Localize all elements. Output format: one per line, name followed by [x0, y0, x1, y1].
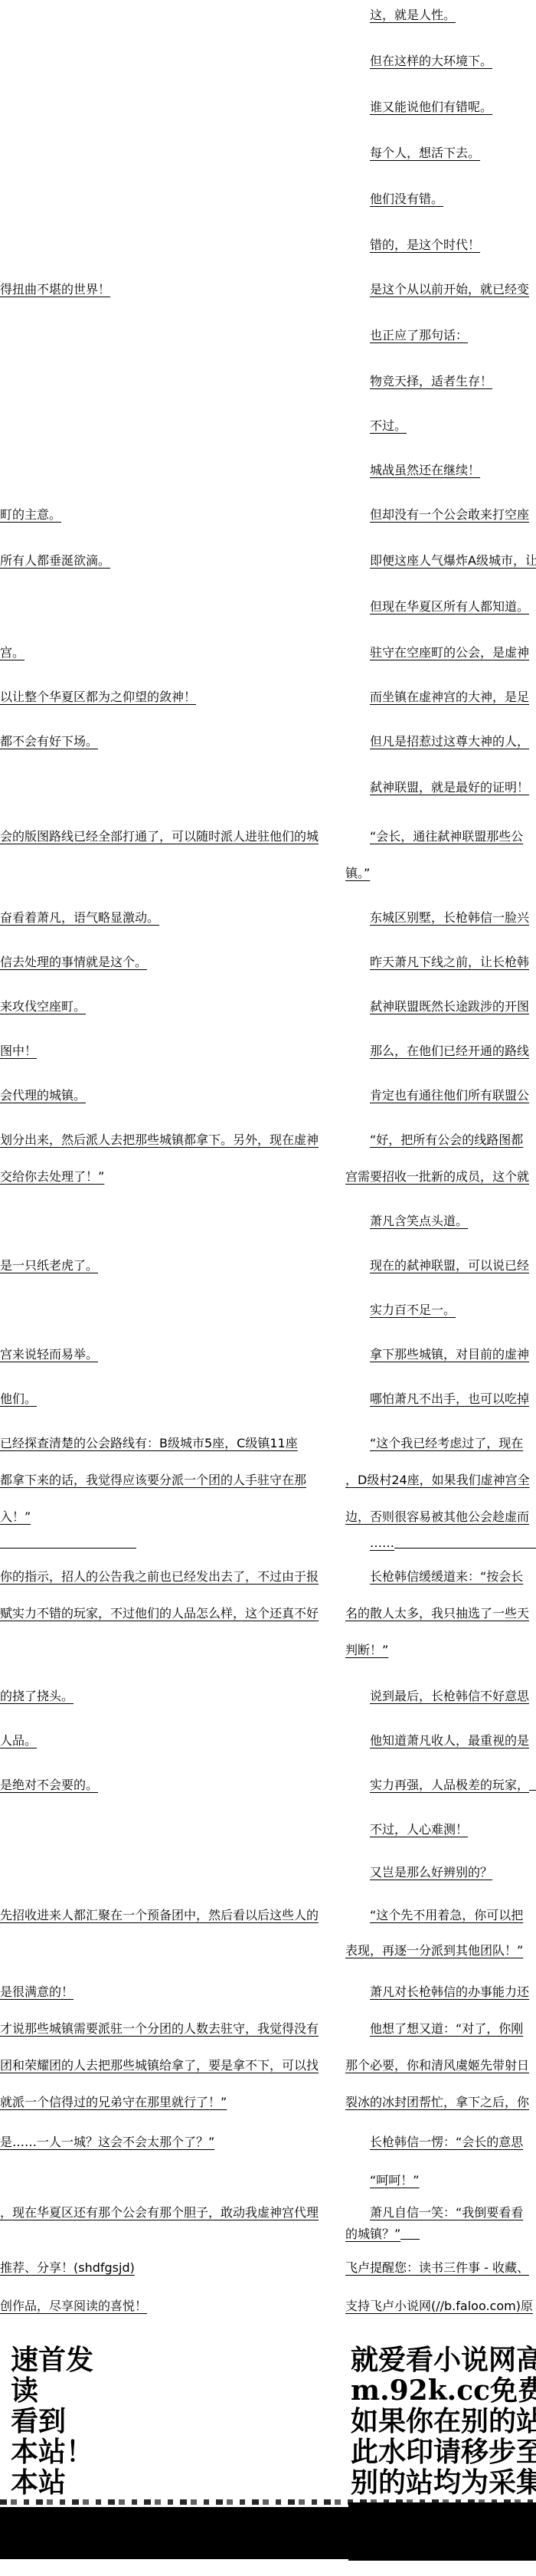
line-start-fragment: “会长，通往弑神联盟那些公 — [370, 829, 523, 844]
line-tail-fragment: 所有人都垂涎欲滴。 — [0, 553, 110, 569]
novel-text-line: 是……一人一城？这会不会太那个了？”长枪韩信一愣：“会长的意思 — [0, 2135, 536, 2153]
line-start-text: 是这个从以前开始，就已经变 — [370, 282, 529, 297]
novel-text-line: 他们。哪怕萧凡不出手，也可以吃掉 — [0, 1391, 536, 1410]
line-start-fragment: 即便这座人气爆炸A级城市，让 — [370, 553, 536, 569]
line-start-text: 飞卢提醒您：读书三件事 - 收藏、 — [345, 2260, 529, 2275]
line-tail-fragment: 就派一个信得过的兄弟守在那里就行了！” — [0, 2095, 227, 2110]
underline-pad — [400, 2228, 420, 2240]
line-start-fragment: 他们没有错。 — [370, 192, 443, 207]
line-tail-fragment: 是……一人一城？这会不会太那个了？” — [0, 2135, 214, 2150]
line-start-text: “好，把所有公会的线路图都 — [370, 1132, 523, 1147]
line-start-text: 萧凡自信一笑：“我倒要看看 — [370, 2205, 523, 2220]
novel-text-line: 的挠了挠头。说到最后，长枪韩信不好意思 — [0, 1689, 536, 1707]
novel-text-line: ，现在华夏区还有那个公会有那个胆子，敢动我虚神宫代理萧凡自信一笑：“我倒要看看 — [0, 2205, 536, 2224]
line-tail-fragment: 人品。 — [0, 1733, 37, 1748]
watermark-tail-fragment: 本站！ — [11, 2437, 93, 2467]
line-start-fragment: 飞卢提醒您：读书三件事 - 收藏、 — [345, 2260, 529, 2276]
novel-text-line: 以让整个华夏区都为之仰望的敛神！而坐镇在虚神宫的大神，是足 — [0, 690, 536, 708]
line-tail-fragment: 奋看着萧凡，语气略显激动。 — [0, 910, 159, 926]
novel-text-line: 不过。 — [0, 418, 536, 437]
novel-text-line: 划分出来，然后派人去把那些城镇都拿下。另外，现在虚神“好，把所有公会的线路图都 — [0, 1132, 536, 1151]
line-start-text: 驻守在空座町的公会，是虚神 — [370, 645, 529, 660]
line-start-fragment: 支持飞卢小说网(//b.faloo.com)原 — [345, 2299, 533, 2314]
line-tail-fragment: 的挠了挠头。 — [0, 1689, 74, 1704]
line-start-text: 长枪韩信缓缓道来：“按会长 — [370, 1569, 523, 1584]
novel-text-line: 町的主意。但却没有一个公会敢来打空座 — [0, 507, 536, 526]
novel-text-line: 弑神联盟，就是最好的证明！ — [0, 780, 536, 798]
line-start-text: 镇。” — [345, 866, 370, 880]
novel-text-line: 就派一个信得过的兄弟守在那里就行了！”裂冰的冰封团帮忙，拿下之后，你 — [0, 2095, 536, 2113]
line-start-fragment: 镇。” — [345, 866, 370, 881]
line-start-fragment: 萧凡对长枪韩信的办事能力还 — [370, 1984, 529, 2000]
line-tail-fragment: 团和荣耀团的人去把那些城镇给拿了，要是拿不下，可以找 — [0, 2058, 319, 2073]
line-start-fragment: ，D级村24座，如果我们虚神宫全 — [345, 1473, 530, 1488]
novel-text-line: 但现在华夏区所有人都知道。 — [0, 599, 536, 618]
line-start-text: 长枪韩信一愣：“会长的意思 — [370, 2135, 523, 2149]
novel-text-line: 也正应了那句话： — [0, 328, 536, 346]
line-start-fragment: 那个必要，你和清风虞姬先带射日 — [345, 2058, 529, 2073]
line-tail-fragment: 划分出来，然后派人去把那些城镇都拿下。另外，现在虚神 — [0, 1132, 319, 1148]
line-start-fragment: 表现，再逐一分派到其他团队！” — [345, 1943, 523, 1958]
line-tail-fragment — [0, 1535, 136, 1551]
line-start-text: 谁又能说他们有错呢。 — [370, 100, 492, 114]
line-start-fragment: “这个先不用着急，你可以把 — [370, 1908, 523, 1923]
line-start-text: …… — [370, 1535, 394, 1550]
line-start-fragment: 判断！” — [345, 1643, 388, 1658]
line-start-fragment: 说到最后，长枪韩信不好意思 — [370, 1689, 529, 1704]
line-start-fragment: 又岂是那么好辨别的？ — [370, 1865, 492, 1880]
line-start-fragment: 但现在华夏区所有人都知道。 — [370, 599, 529, 615]
line-start-fragment: 的城镇？” — [345, 2227, 420, 2242]
novel-text-line: 城战虽然还在继续！ — [0, 463, 536, 481]
line-start-text: 支持飞卢小说网(//b.faloo.com)原 — [345, 2299, 533, 2313]
line-start-fragment: 不过。 — [370, 418, 407, 434]
novel-text-line: 团和荣耀团的人去把那些城镇给拿了，要是拿不下，可以找那个必要，你和清风虞姬先带射… — [0, 2058, 536, 2076]
line-start-text: 实力百不足一。 — [370, 1303, 456, 1317]
watermark-tail-fragment: 看到 — [11, 2406, 66, 2437]
line-start-text: 边，否则很容易被其他公会趁虚而 — [345, 1509, 529, 1524]
line-start-fragment: 谁又能说他们有错呢。 — [370, 100, 492, 115]
line-start-text: 名的散人太多，我只抽选了一些天 — [345, 1606, 529, 1621]
line-start-text: 但在这样的大环境下。 — [370, 54, 492, 68]
watermark-line: 本站！此水印请移步至 — [0, 2437, 536, 2467]
line-start-text: 裂冰的冰封团帮忙，拿下之后，你 — [345, 2095, 529, 2109]
novel-text-line: “呵呵！” — [0, 2173, 536, 2191]
line-start-fragment: 现在的弑神联盟，可以说已经 — [370, 1258, 529, 1273]
watermark-line: 速首发就爱看小说网高 — [0, 2345, 536, 2375]
line-start-fragment: 实力百不足一。 — [370, 1303, 456, 1318]
line-start-text: 弑神联盟既然长途跋涉的开图 — [370, 999, 529, 1014]
novel-text-line: 是一只纸老虎了。现在的弑神联盟，可以说已经 — [0, 1258, 536, 1277]
line-start-text: 肯定也有通往他们所有联盟公 — [370, 1088, 529, 1103]
line-start-text: 昨天萧凡下线之前，让长枪韩 — [370, 955, 529, 969]
line-tail-fragment: 宫来说轻而易举。 — [0, 1347, 98, 1362]
line-start-fragment: 弑神联盟，就是最好的证明！ — [370, 780, 529, 795]
line-start-fragment: 他知道萧凡收人，最重视的是 — [370, 1733, 529, 1748]
line-start-text: 表现，再逐一分派到其他团队！” — [345, 1943, 523, 1958]
line-start-fragment: “呵呵！” — [370, 2173, 420, 2188]
line-start-fragment: 边，否则很容易被其他公会趁虚而 — [345, 1509, 529, 1525]
novel-text-line: 都不会有好下场。但凡是招惹过这尊大神的人， — [0, 734, 536, 752]
footer-black-bar — [348, 2502, 536, 2561]
line-start-fragment: 长枪韩信缓缓道来：“按会长 — [370, 1569, 523, 1585]
line-start-text: 拿下那些城镇，对目前的虚神 — [370, 1347, 529, 1362]
line-start-text: “呵呵！” — [370, 2173, 420, 2188]
novel-text-line: 都拿下来的话，我觉得应该要分派一个团的人手驻守在那，D级村24座，如果我们虚神宫… — [0, 1473, 536, 1491]
novel-text-line: 不过，人心难测！ — [0, 1822, 536, 1840]
line-start-text: 宫需要招收一批新的成员，这个就 — [345, 1169, 529, 1184]
line-tail-fragment: 以让整个华夏区都为之仰望的敛神！ — [0, 690, 196, 705]
line-start-fragment: 城战虽然还在继续！ — [370, 463, 480, 478]
line-start-fragment: 名的散人太多，我只抽选了一些天 — [345, 1606, 529, 1621]
novel-reader-page: 这，就是人性。但在这样的大环境下。谁又能说他们有错呢。每个人，想活下去。他们没有… — [0, 0, 536, 2576]
line-tail-fragment: 他们。 — [0, 1391, 37, 1407]
line-start-fragment: 每个人，想活下去。 — [370, 146, 480, 161]
novel-text-line: 入！”边，否则很容易被其他公会趁虚而 — [0, 1509, 536, 1528]
line-tail-fragment: 先招收进来人都汇聚在一个预备团中，然后看以后这些人的 — [0, 1908, 319, 1923]
line-tail-fragment: 入！” — [0, 1509, 31, 1525]
novel-text-line: 物竞天择，适者生存！ — [0, 374, 536, 392]
novel-text-line: 交给你去处理了！”宫需要招收一批新的成员，这个就 — [0, 1169, 536, 1188]
watermark-start-fragment: 就爱看小说网高 — [351, 2345, 536, 2375]
novel-text-line: 你的指示，招人的公告我之前也已经发出去了，不过由于报长枪韩信缓缓道来：“按会长 — [0, 1569, 536, 1588]
line-start-fragment: 萧凡含笑点头道。 — [370, 1214, 468, 1229]
line-start-fragment: 不过，人心难测！ — [370, 1822, 468, 1837]
line-tail-fragment: 都拿下来的话，我觉得应该要分派一个团的人手驻守在那 — [0, 1473, 306, 1488]
line-start-text: 即便这座人气爆炸A级城市，让 — [370, 553, 536, 568]
line-start-text: 物竞天择，适者生存！ — [370, 374, 492, 388]
novel-text-line: 又岂是那么好辨别的？ — [0, 1865, 536, 1883]
line-start-text: 也正应了那句话： — [370, 328, 468, 342]
watermark-tail-fragment: 读 — [11, 2375, 38, 2406]
line-start-text: 不过，人心难测！ — [370, 1822, 468, 1837]
watermark-start-fragment: m.92k.cc免费阅 — [351, 2375, 536, 2406]
novel-text-line: 宫。驻守在空座町的公会，是虚神 — [0, 645, 536, 664]
line-start-fragment: 东城区别墅，长枪韩信一脸兴 — [370, 910, 529, 926]
novel-text-line: 实力百不足一。 — [0, 1303, 536, 1321]
line-start-fragment: 昨天萧凡下线之前，让长枪韩 — [370, 955, 529, 970]
line-start-fragment: 拿下那些城镇，对目前的虚神 — [370, 1347, 529, 1362]
line-start-text: 实力再强，人品极差的玩家， — [370, 1778, 529, 1792]
line-tail-fragment: 都不会有好下场。 — [0, 734, 98, 749]
novel-text-line: 萧凡含笑点头道。 — [0, 1214, 536, 1232]
line-start-fragment: “这个我已经考虑过了，现在 — [370, 1436, 523, 1451]
line-tail-fragment: 才说那些城镇需要派驻一个分团的人数去驻守，我觉得没有 — [0, 2021, 319, 2037]
line-start-fragment: 这，就是人性。 — [370, 8, 456, 23]
line-tail-fragment: 宫。 — [0, 645, 25, 660]
line-start-text: 但却没有一个公会敢来打空座 — [370, 507, 529, 522]
novel-text-line: 表现，再逐一分派到其他团队！” — [0, 1943, 536, 1961]
novel-text-line: 人品。他知道萧凡收人，最重视的是 — [0, 1733, 536, 1752]
line-tail-fragment: 是绝对不会要的。 — [0, 1778, 98, 1793]
line-tail-fragment: 你的指示，招人的公告我之前也已经发出去了，不过由于报 — [0, 1569, 319, 1585]
watermark-line: 读m.92k.cc免费阅 — [0, 2375, 536, 2406]
novel-text-line: 得扭曲不堪的世界！是这个从以前开始，就已经变 — [0, 282, 536, 300]
novel-text-line: 但在这样的大环境下。 — [0, 54, 536, 72]
watermark-start-fragment: 此水印请移步至 — [351, 2437, 536, 2467]
line-start-fragment: 哪怕萧凡不出手，也可以吃掉 — [370, 1391, 529, 1407]
line-tail-fragment: 已经探查清楚的公会路线有：B级城市5座，C级镇11座 — [0, 1436, 298, 1451]
watermark-tail-fragment: 速首发 — [11, 2345, 93, 2375]
novel-text-line: 奋看着萧凡，语气略显激动。东城区别墅，长枪韩信一脸兴 — [0, 910, 536, 929]
line-start-fragment: 那么，在他们已经开通的路线 — [370, 1044, 529, 1059]
watermark-start-fragment: 别的站均为采集 — [351, 2467, 536, 2498]
line-start-text: 他知道萧凡收人，最重视的是 — [370, 1733, 529, 1748]
line-start-text: 哪怕萧凡不出手，也可以吃掉 — [370, 1391, 529, 1406]
line-start-text: 弑神联盟，就是最好的证明！ — [370, 780, 529, 795]
line-start-fragment: 宫需要招收一批新的成员，这个就 — [345, 1169, 529, 1185]
novel-text-line: 会的版图路线已经全部打通了，可以随时派人进驻他们的城“会长，通往弑神联盟那些公 — [0, 829, 536, 847]
line-start-text: “这个我已经考虑过了，现在 — [370, 1436, 523, 1450]
line-tail-fragment: 创作品，尽享阅读的喜悦！ — [0, 2299, 147, 2314]
novel-text-line: 错的，是这个时代！ — [0, 238, 536, 256]
novel-text-line: 的城镇？” — [0, 2227, 536, 2245]
novel-text-line: 已经探查清楚的公会路线有：B级城市5座，C级镇11座“这个我已经考虑过了，现在 — [0, 1436, 536, 1454]
line-tail-fragment: ，现在华夏区还有那个公会有那个胆子，敢动我虚神宫代理 — [0, 2205, 319, 2220]
line-start-fragment: 但凡是招惹过这尊大神的人， — [370, 734, 529, 749]
line-start-fragment: 是这个从以前开始，就已经变 — [370, 282, 529, 297]
novel-text-line: 他们没有错。 — [0, 192, 536, 210]
line-start-text: 说到最后，长枪韩信不好意思 — [370, 1689, 529, 1703]
line-start-fragment: “好，把所有公会的线路图都 — [370, 1132, 523, 1148]
line-start-text: 这，就是人性。 — [370, 8, 456, 22]
watermark-line: 看到如果你在别的站 — [0, 2406, 536, 2437]
novel-text-line: 创作品，尽享阅读的喜悦！支持飞卢小说网(//b.faloo.com)原 — [0, 2299, 536, 2317]
novel-text-line: …… — [0, 1535, 536, 1554]
line-tail-fragment: 是很满意的！ — [0, 1984, 74, 2000]
line-start-fragment: …… — [370, 1535, 536, 1551]
novel-text-line: 所有人都垂涎欲滴。即便这座人气爆炸A级城市，让 — [0, 553, 536, 572]
line-tail-fragment: 会的版图路线已经全部打通了，可以随时派人进驻他们的城 — [0, 829, 319, 844]
line-tail-fragment: 町的主意。 — [0, 507, 61, 523]
line-tail-fragment: 会代理的城镇。 — [0, 1088, 86, 1103]
line-start-fragment: 但却没有一个公会敢来打空座 — [370, 507, 529, 523]
line-start-text: ，D级村24座，如果我们虚神宫全 — [345, 1473, 530, 1487]
novel-text-line: 才说那些城镇需要派驻一个分团的人数去驻守，我觉得没有他想了想又道：“对了，你刚 — [0, 2021, 536, 2040]
line-start-text: 东城区别墅，长枪韩信一脸兴 — [370, 910, 529, 925]
novel-text-line: 来攻伐空座町。弑神联盟既然长途跋涉的开图 — [0, 999, 536, 1018]
line-tail-fragment: 是一只纸老虎了。 — [0, 1258, 98, 1273]
line-start-fragment: 他想了想又道：“对了，你刚 — [370, 2021, 523, 2037]
line-start-text: “这个先不用着急，你可以把 — [370, 1908, 523, 1922]
watermark-line: 本站别的站均为采集 — [0, 2467, 536, 2498]
line-start-text: 萧凡含笑点头道。 — [370, 1214, 468, 1228]
line-start-text: 判断！” — [345, 1643, 388, 1657]
watermark-tail-fragment: 本站 — [11, 2467, 66, 2498]
line-start-text: 而坐镇在虚神宫的大神，是足 — [370, 690, 529, 704]
line-start-text: 那么，在他们已经开通的路线 — [370, 1044, 529, 1058]
line-tail-fragment: 信去处理的事情就是这个。 — [0, 955, 147, 970]
watermark-start-fragment: 如果你在别的站 — [351, 2406, 536, 2437]
line-start-fragment: 但在这样的大环境下。 — [370, 54, 492, 69]
line-start-text: 那个必要，你和清风虞姬先带射日 — [345, 2058, 529, 2073]
line-start-fragment: 也正应了那句话： — [370, 328, 468, 343]
line-start-fragment: 驻守在空座町的公会，是虚神 — [370, 645, 529, 660]
novel-text-line: 谁又能说他们有错呢。 — [0, 100, 536, 118]
line-start-text: 的城镇？” — [345, 2227, 400, 2241]
line-start-fragment: 萧凡自信一笑：“我倒要看看 — [370, 2205, 523, 2220]
underline-pad — [0, 1537, 136, 1549]
novel-text-line: 推荐、分享！(shdfgsjd)飞卢提醒您：读书三件事 - 收藏、 — [0, 2260, 536, 2279]
novel-text-line: 图中！那么，在他们已经开通的路线 — [0, 1044, 536, 1062]
line-start-text: 城战虽然还在继续！ — [370, 463, 480, 477]
line-start-text: 但现在华夏区所有人都知道。 — [370, 599, 529, 614]
underline-pad — [529, 1779, 536, 1791]
novel-text-line: 宫来说轻而易举。拿下那些城镇，对目前的虚神 — [0, 1347, 536, 1365]
line-tail-fragment: 交给你去处理了！” — [0, 1169, 104, 1185]
line-start-text: 现在的弑神联盟，可以说已经 — [370, 1258, 529, 1273]
novel-text-line: 镇。” — [0, 866, 536, 884]
line-start-text: 每个人，想活下去。 — [370, 146, 480, 160]
novel-text-line: 这，就是人性。 — [0, 8, 536, 26]
line-start-fragment: 长枪韩信一愣：“会长的意思 — [370, 2135, 523, 2150]
novel-text-line: 会代理的城镇。肯定也有通往他们所有联盟公 — [0, 1088, 536, 1106]
line-start-fragment: 弑神联盟既然长途跋涉的开图 — [370, 999, 529, 1014]
line-start-fragment: 实力再强，人品极差的玩家， — [370, 1778, 536, 1793]
line-tail-fragment: 图中！ — [0, 1044, 37, 1059]
novel-text-line: 赋实力不错的玩家，不过他们的人品怎么样，这个还真不好名的散人太多，我只抽选了一些… — [0, 1606, 536, 1624]
line-start-text: 他们没有错。 — [370, 192, 443, 206]
line-start-fragment: 物竞天择，适者生存！ — [370, 374, 492, 389]
line-start-text: “会长，通往弑神联盟那些公 — [370, 829, 523, 844]
line-start-text: 不过。 — [370, 418, 407, 433]
line-start-fragment: 肯定也有通往他们所有联盟公 — [370, 1088, 529, 1103]
line-start-fragment: 裂冰的冰封团帮忙，拿下之后，你 — [345, 2095, 529, 2110]
novel-text-line: 判断！” — [0, 1643, 536, 1661]
footer-black-bar — [0, 2507, 349, 2559]
line-start-text: 又岂是那么好辨别的？ — [370, 1865, 492, 1880]
line-start-text: 但凡是招惹过这尊大神的人， — [370, 734, 529, 749]
novel-text-line: 是绝对不会要的。实力再强，人品极差的玩家， — [0, 1778, 536, 1796]
novel-text-line: 是很满意的！萧凡对长枪韩信的办事能力还 — [0, 1984, 536, 2003]
line-start-text: 错的，是这个时代！ — [370, 238, 480, 252]
line-tail-fragment: 来攻伐空座町。 — [0, 999, 86, 1014]
line-start-text: 萧凡对长枪韩信的办事能力还 — [370, 1984, 529, 1999]
line-start-fragment: 而坐镇在虚神宫的大神，是足 — [370, 690, 529, 705]
underline-pad — [394, 1537, 536, 1549]
line-tail-fragment: 得扭曲不堪的世界！ — [0, 282, 110, 297]
line-tail-fragment: 赋实力不错的玩家，不过他们的人品怎么样，这个还真不好 — [0, 1606, 319, 1621]
line-start-fragment: 错的，是这个时代！ — [370, 238, 480, 253]
line-start-text: 他想了想又道：“对了，你刚 — [370, 2021, 523, 2036]
novel-text-line: 信去处理的事情就是这个。昨天萧凡下线之前，让长枪韩 — [0, 955, 536, 973]
novel-text-line: 先招收进来人都汇聚在一个预备团中，然后看以后这些人的“这个先不用着急，你可以把 — [0, 1908, 536, 1926]
line-tail-fragment: 推荐、分享！(shdfgsjd) — [0, 2260, 135, 2276]
novel-text-line: 每个人，想活下去。 — [0, 146, 536, 164]
